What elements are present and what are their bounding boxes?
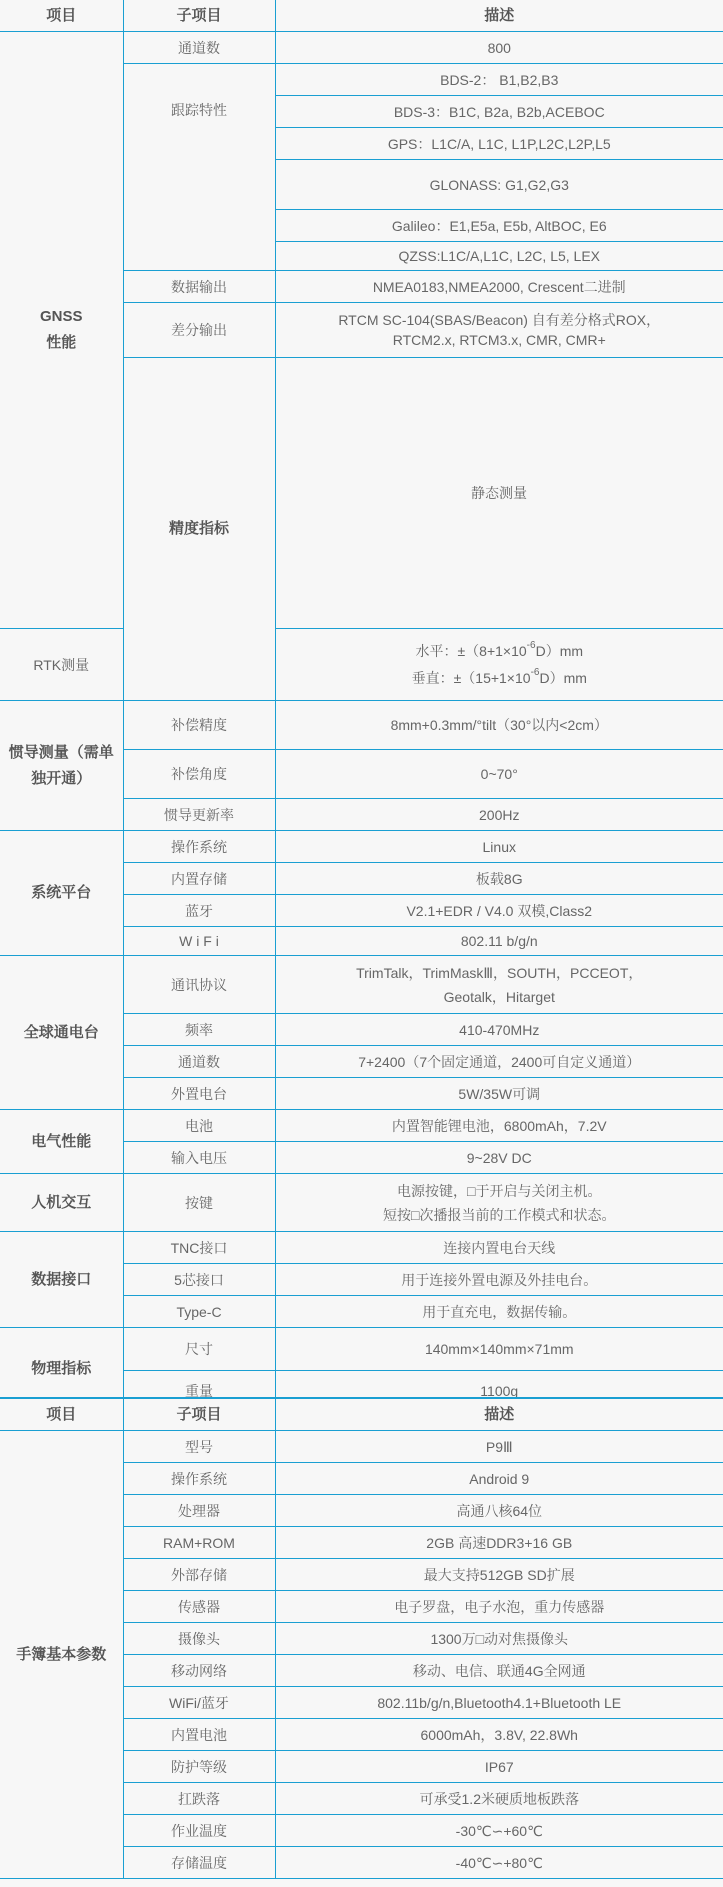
subitem: 传感器: [123, 1591, 275, 1623]
subitem: 内置存储: [123, 863, 275, 895]
description: 8mm+0.3mm/°tilt（30°以内<2cm）: [275, 701, 723, 750]
subitem: 输入电压: [123, 1142, 275, 1174]
subitem: 通讯协议: [123, 956, 275, 1014]
category-radio: 全球通电台: [0, 956, 123, 1110]
description-line: 垂直：±（15+1×10-6D）mm: [280, 665, 720, 692]
description: 1300万□动对焦摄像头: [275, 1623, 723, 1655]
subitem: WiFi/蓝牙: [123, 1687, 275, 1719]
category-interfaces: 数据接口: [0, 1232, 123, 1328]
header-description: 描述: [275, 0, 723, 32]
subitem: 处理器: [123, 1495, 275, 1527]
description: BDS-2： B1,B2,B3: [275, 64, 723, 96]
subitem: 电池: [123, 1110, 275, 1142]
header-row: 项目 子项目 描述: [0, 0, 723, 32]
table-row: 手簿基本参数 型号 P9Ⅲ: [0, 1431, 723, 1463]
subitem: 通道数: [123, 32, 275, 64]
description: RTCM SC-104(SBAS/Beacon) 自有差分格式ROX， RTCM…: [275, 303, 723, 358]
description: Galileo：E1,E5a, E5b, AltBOC, E6: [275, 210, 723, 242]
description: 内置智能锂电池，6800mAh，7.2V: [275, 1110, 723, 1142]
header-subitem: 子项目: [123, 0, 275, 32]
category-inertial: 惯导测量（需单独开通）: [0, 701, 123, 831]
subitem: 按键: [123, 1174, 275, 1232]
subitem: Type-C: [123, 1296, 275, 1328]
description: 5W/35W可调: [275, 1078, 723, 1110]
table-row: GNSS 性能 通道数 800: [0, 32, 723, 64]
description: 板载8G: [275, 863, 723, 895]
table-row: RTK测量 水平：±（8+1×10-6D）mm 垂直：±（15+1×10-6D）…: [0, 629, 723, 701]
category-label: 性能: [4, 330, 119, 356]
description: V2.1+EDR / V4.0 双模,Class2: [275, 895, 723, 927]
description-line: 电源按键，□于开启与关闭主机。: [280, 1179, 720, 1203]
description: 802.11 b/g/n: [275, 927, 723, 956]
category-handheld: 手簿基本参数: [0, 1431, 123, 1879]
description: 7+2400（7个固定通道，2400可自定义通道）: [275, 1046, 723, 1078]
description: 连接内置电台天线: [275, 1232, 723, 1264]
subitem: 内置电池: [123, 1719, 275, 1751]
description: 可承受1.2米硬质地板跌落: [275, 1783, 723, 1815]
table-row: 系统平台 操作系统 Linux: [0, 831, 723, 863]
description: P9Ⅲ: [275, 1431, 723, 1463]
description: QZSS:L1C/A,L1C, L2C, L5, LEX: [275, 242, 723, 271]
description: 9~28V DC: [275, 1142, 723, 1174]
header-description: 描述: [275, 1398, 723, 1431]
description: 水平：±（8+1×10-6D）mm 垂直：±（15+1×10-6D）mm: [275, 629, 723, 701]
subitem: TNC接口: [123, 1232, 275, 1264]
handheld-spec-table: 项目 子项目 描述 手簿基本参数 型号 P9Ⅲ 操作系统Android 9 处理…: [0, 1397, 723, 1879]
subitem: RTK测量: [0, 629, 123, 701]
subitem: 惯导更新率: [123, 799, 275, 831]
description: -30℃∽+60℃: [275, 1815, 723, 1847]
table-row: 电气性能 电池 内置智能锂电池，6800mAh，7.2V: [0, 1110, 723, 1142]
description: 200Hz: [275, 799, 723, 831]
description: 电子罗盘，电子水泡，重力传感器: [275, 1591, 723, 1623]
description: GLONASS: G1,G2,G3: [275, 160, 723, 210]
subitem: 5芯接口: [123, 1264, 275, 1296]
category-label: GNSS: [4, 304, 119, 330]
description: GPS：L1C/A, L1C, L1P,L2C,L2P,L5: [275, 128, 723, 160]
description: 用于直充电，数据传输。: [275, 1296, 723, 1328]
description: NMEA0183,NMEA2000, Crescent二进制: [275, 271, 723, 303]
table-row: 惯导测量（需单独开通） 补偿精度 8mm+0.3mm/°tilt（30°以内<2…: [0, 701, 723, 750]
subitem: 移动网络: [123, 1655, 275, 1687]
header-row: 项目 子项目 描述: [0, 1398, 723, 1431]
subitem: 型号: [123, 1431, 275, 1463]
description: 2GB 高速DDR3+16 GB: [275, 1527, 723, 1559]
subitem: 外部存储: [123, 1559, 275, 1591]
description: IP67: [275, 1751, 723, 1783]
subitem: 摄像头: [123, 1623, 275, 1655]
description: 140mm×140mm×71mm: [275, 1328, 723, 1371]
subitem: 补偿精度: [123, 701, 275, 750]
description: 6000mAh，3.8V, 22.8Wh: [275, 1719, 723, 1751]
category-hmi: 人机交互: [0, 1174, 123, 1232]
subitem: 防护等级: [123, 1751, 275, 1783]
description: 802.11b/g/n,Bluetooth4.1+Bluetooth LE: [275, 1687, 723, 1719]
description: BDS-3：B1C, B2a, B2b,ACEBOC: [275, 96, 723, 128]
description-line: 短按□次播报当前的工作模式和状态。: [280, 1203, 720, 1227]
subitem: 跟踪特性: [123, 64, 275, 271]
table-row: 人机交互 按键 电源按键，□于开启与关闭主机。 短按□次播报当前的工作模式和状态…: [0, 1174, 723, 1232]
subitem: RAM+ROM: [123, 1527, 275, 1559]
gnss-receiver-spec-table: 项目 子项目 描述 GNSS 性能 通道数 800 跟踪特性 BDS-2： B1…: [0, 0, 723, 1571]
description-line: RTCM SC-104(SBAS/Beacon) 自有差分格式ROX，: [280, 310, 720, 330]
subitem: 静态测量: [275, 358, 723, 629]
table-row: 物理指标 尺寸 140mm×140mm×71mm: [0, 1328, 723, 1371]
subitem: 蓝牙: [123, 895, 275, 927]
subitem: 差分输出: [123, 303, 275, 358]
subitem: W i F i: [123, 927, 275, 956]
subitem: 补偿角度: [123, 750, 275, 799]
category-gnss: GNSS 性能: [0, 32, 123, 629]
table-row: 全球通电台 通讯协议 TrimTalk，TrimMaskⅢ，SOUTH，PCCE…: [0, 956, 723, 1014]
category-electrical: 电气性能: [0, 1110, 123, 1174]
subitem: 外置电台: [123, 1078, 275, 1110]
description: -40℃∽+80℃: [275, 1847, 723, 1879]
description-line: 水平：±（8+1×10-6D）mm: [280, 638, 720, 665]
subitem: 数据输出: [123, 271, 275, 303]
subitem: 操作系统: [123, 831, 275, 863]
category-system: 系统平台: [0, 831, 123, 956]
category-precision: 精度指标: [123, 358, 275, 701]
description: 电源按键，□于开启与关闭主机。 短按□次播报当前的工作模式和状态。: [275, 1174, 723, 1232]
description-line: TrimTalk，TrimMaskⅢ，SOUTH，PCCEOT，: [280, 961, 720, 985]
description-line: RTCM2.x, RTCM3.x, CMR, CMR+: [280, 330, 720, 350]
subitem: 通道数: [123, 1046, 275, 1078]
subitem: 存储温度: [123, 1847, 275, 1879]
subitem: 扛跌落: [123, 1783, 275, 1815]
subitem: 尺寸: [123, 1328, 275, 1371]
table-row: 数据接口 TNC接口 连接内置电台天线: [0, 1232, 723, 1264]
description: 最大支持512GB SD扩展: [275, 1559, 723, 1591]
header-subitem: 子项目: [123, 1398, 275, 1431]
subitem: 作业温度: [123, 1815, 275, 1847]
header-item: 项目: [0, 0, 123, 32]
description: 移动、电信、联通4G全网通: [275, 1655, 723, 1687]
description: Linux: [275, 831, 723, 863]
description: 800: [275, 32, 723, 64]
subitem: 操作系统: [123, 1463, 275, 1495]
description: TrimTalk，TrimMaskⅢ，SOUTH，PCCEOT， Geotalk…: [275, 956, 723, 1014]
header-item: 项目: [0, 1398, 123, 1431]
description: Android 9: [275, 1463, 723, 1495]
description: 用于连接外置电源及外挂电台。: [275, 1264, 723, 1296]
description-line: Geotalk，Hitarget: [280, 985, 720, 1009]
description: 0~70°: [275, 750, 723, 799]
subitem: 频率: [123, 1014, 275, 1046]
description: 高通八核64位: [275, 1495, 723, 1527]
description: 410-470MHz: [275, 1014, 723, 1046]
